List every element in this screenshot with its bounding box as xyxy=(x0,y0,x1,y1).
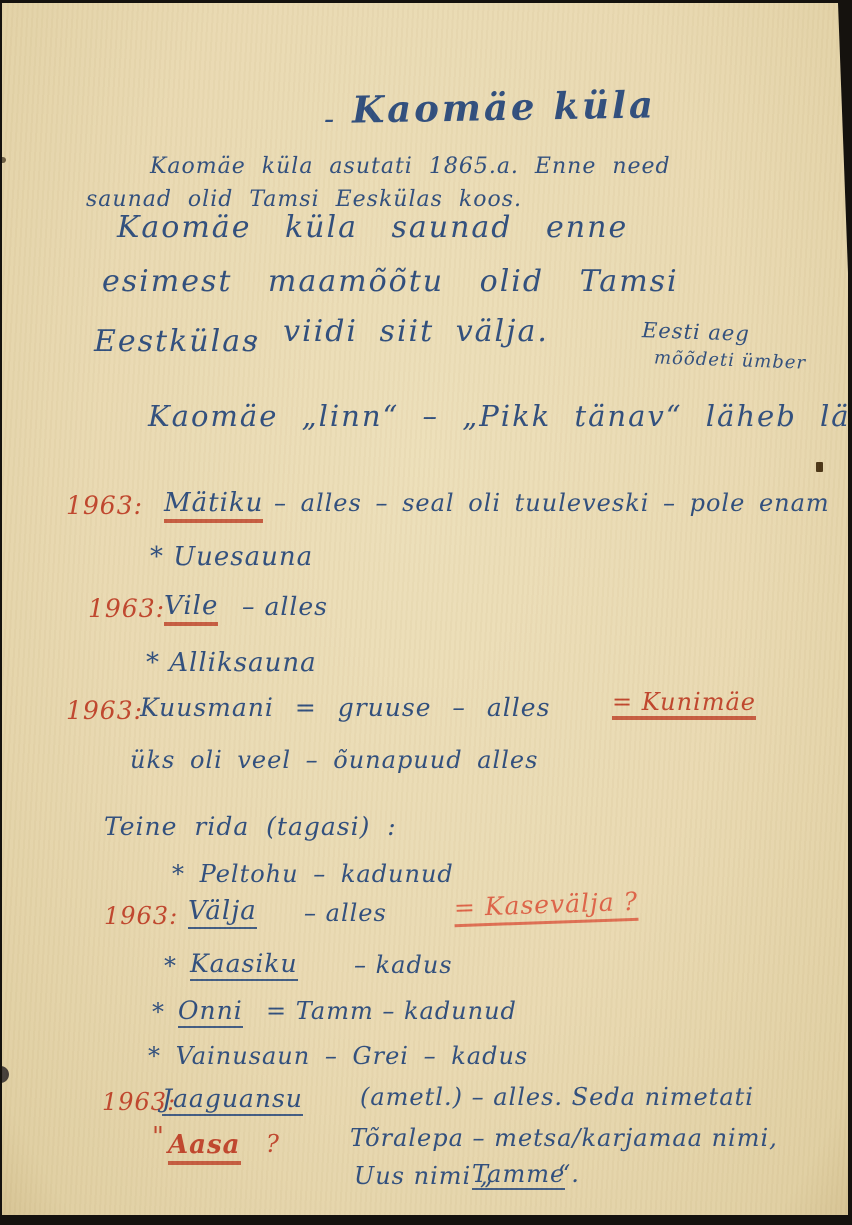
entry-kuusmani-text: Kuusmani = gruuse – alles xyxy=(140,694,550,722)
section-heading: Teine rida (tagasi) : xyxy=(104,813,397,841)
scanned-page: - Kaomäe küla Kaomäe küla asutati 1865.a… xyxy=(2,3,848,1215)
intro-line-1: Kaomäe küla asutati 1865.a. Enne need xyxy=(150,155,671,179)
entry-kaasiku-name: Kaasiku xyxy=(190,950,298,981)
entry-aasa-name: Aasa xyxy=(168,1131,241,1165)
intro-line-6: Kaomäe „linn“ – „Pikk tänav“ läheb läbi xyxy=(148,401,852,433)
entry-vile-name: Vile xyxy=(164,592,218,626)
entry-matiku-note: – alles – seal oli tuuleveski – pole ena… xyxy=(274,490,830,516)
entry-valja-red-note: = Kasevälja ? xyxy=(453,888,638,927)
ink-spot-artifact xyxy=(816,462,823,472)
entry-matiku-year: 1963: xyxy=(66,492,143,520)
page-title: Kaomäe küla xyxy=(352,84,657,130)
entry-alliksauna: * Alliksauna xyxy=(146,649,317,678)
entry-kaasiku-star: * xyxy=(164,953,177,979)
entry-jaaguansu-note: (ametl.) – alles. Seda nimetati xyxy=(360,1084,754,1110)
edge-blob-artifact xyxy=(0,1066,9,1083)
entry-kuusmani-continuation: üks oli veel – õunapuud alles xyxy=(130,747,538,773)
margin-note-line-2: mõõdeti ümber xyxy=(654,348,807,373)
edge-speck-artifact xyxy=(2,157,6,163)
entry-onni-name: Onni xyxy=(178,997,243,1028)
entry-valja-note: – alles xyxy=(304,900,387,926)
entry-peltohu: * Peltohu – kadunud xyxy=(172,861,454,887)
title-dash: - xyxy=(324,103,335,136)
entry-kaasiku-note: – kadus xyxy=(354,952,453,978)
entry-jaaguansu-name: Jaaguansu xyxy=(162,1085,303,1116)
margin-note-line-1: Eesti aeg xyxy=(642,319,751,346)
entry-aasa-question-mark: ? xyxy=(266,1131,280,1157)
intro-line-4: esimest maamõõtu olid Tamsi xyxy=(102,265,679,298)
intro-line-2: saunad olid Tamsi Eeskülas koos. xyxy=(86,188,522,212)
intro-line-5-word: Eestkülas xyxy=(94,325,259,358)
intro-line-5-rest: , viidi siit välja. xyxy=(250,315,549,348)
entry-vile-year: 1963: xyxy=(88,595,165,623)
entry-kuusmani-year: 1963: xyxy=(66,697,143,725)
entry-onni-star: * xyxy=(152,999,165,1025)
entry-uusnimi-suffix: “. xyxy=(558,1161,580,1187)
entry-onni-note: = Tamm – kadunud xyxy=(266,998,517,1024)
intro-line-3: Kaomäe küla saunad enne xyxy=(117,211,628,244)
entry-kuusmani-red-note: = Kunimäe xyxy=(612,689,756,720)
entry-valja-year: 1963: xyxy=(104,903,178,929)
entry-uusnimi-name: Tamme xyxy=(472,1161,565,1190)
entry-vile-note: – alles xyxy=(242,593,328,621)
entry-toralepa-note: Tõralepa – metsa/karjamaa nimi, xyxy=(350,1125,778,1151)
entry-aasa-quote: " xyxy=(152,1123,165,1152)
entry-vainusaun: * Vainusaun – Grei – kadus xyxy=(148,1043,528,1069)
entry-uuesauna: * Uuesauna xyxy=(150,543,313,572)
entry-matiku-name: Mätiku xyxy=(164,489,263,523)
entry-valja-name: Välja xyxy=(188,897,257,929)
